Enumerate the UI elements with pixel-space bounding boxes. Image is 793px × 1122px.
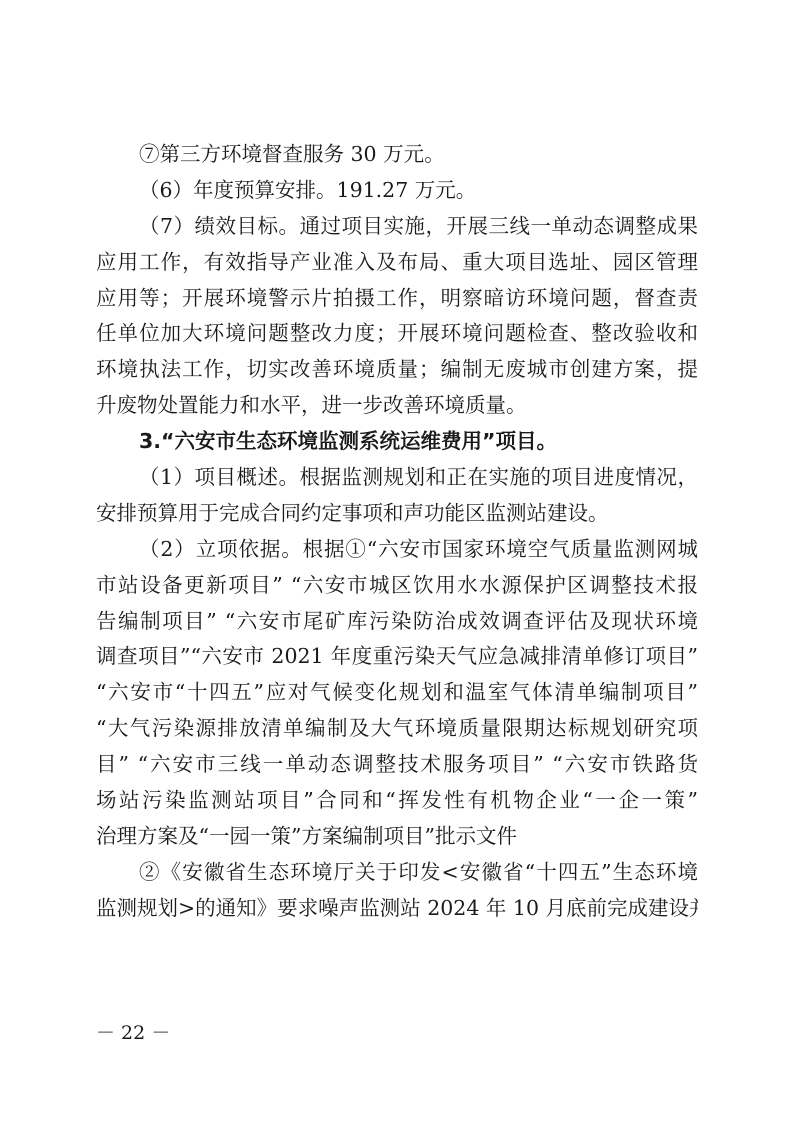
text-line: 目” “六安市三线一单动态调整技术服务项目” “六安市铁路货 [96,747,698,783]
section-heading: 3.“六安市生态环境监测系统运维费用”项目。 [96,424,698,460]
text-line: “六安市“十四五”应对气候变化规划和温室气体清单编制项目” [96,675,698,711]
text-line: 治理方案及“一园一策”方案编制项目”批示文件 [96,819,698,855]
text-line: 应用工作，有效指导产业准入及布局、重大项目选址、园区管理 [96,245,698,281]
text-line: 告编制项目” “六安市尾矿库污染防治成效调查评估及现状环境 [96,604,698,640]
text-line: 安排预算用于完成合同约定事项和声功能区监测站建设。 [96,496,698,532]
text-line: 调查项目”“六安市 2021 年度重污染天气应急减排清单修订项目” [96,639,698,675]
text-line: ⑦第三方环境督查服务 30 万元。 [96,137,698,173]
text-line: 任单位加大环境问题整改力度；开展环境问题检查、整改验收和 [96,316,698,352]
text-line: “大气污染源排放清单编制及大气环境质量限期达标规划研究项 [96,711,698,747]
text-line: 场站污染监测站项目”合同和“挥发性有机物企业“一企一策” [96,783,698,819]
text-line: （1）项目概述。根据监测规划和正在实施的项目进度情况， [96,460,698,496]
text-line: 应用等；开展环境警示片拍摄工作，明察暗访环境问题，督查责 [96,281,698,317]
text-line: （7）绩效目标。通过项目实施，开展三线一单动态调整成果 [96,209,698,245]
text-line: （2）立项依据。根据①“六安市国家环境空气质量监测网城 [96,532,698,568]
budget-line: （6）年度预算安排。191.27 万元。 [96,173,698,209]
text-line: 环境执法工作，切实改善环境质量；编制无废城市创建方案，提 [96,352,698,388]
document-page: ⑦第三方环境督查服务 30 万元。 （6）年度预算安排。191.27 万元。 （… [96,137,698,927]
text-line: 监测规划>的通知》要求噪声监测站 2024 年 10 月底前完成建设并 [96,891,698,927]
page-number: － 22 － [96,1018,170,1045]
text-line: ②《安徽省生态环境厅关于印发<安徽省“十四五”生态环境 [96,855,698,891]
text-line: 升废物处置能力和水平，进一步改善环境质量。 [96,388,698,424]
text-line: 市站设备更新项目” “六安市城区饮用水水源保护区调整技术报 [96,568,698,604]
